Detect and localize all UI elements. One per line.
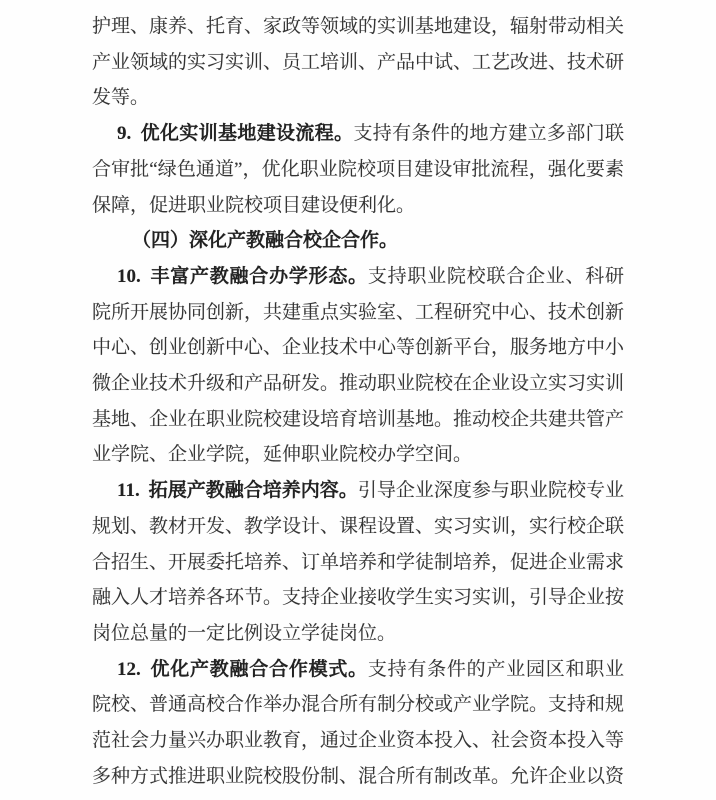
document-page: 护理、康养、托育、家政等领域的实训基地建设，辐射带动相关产业领域的实习实训、员工… [0, 0, 716, 800]
clause-body: 支持职业院校联合企业、科研院所开展协同创新，共建重点实验室、工程研究中心、技术创… [92, 266, 624, 466]
paragraph-continuation: 护理、康养、托育、家政等领域的实训基地建设，辐射带动相关产业领域的实习实训、员工… [92, 9, 624, 116]
clause-heading: 丰富产教融合办学形态。 [150, 266, 368, 287]
clause-number: 12. [117, 659, 141, 680]
section-heading-4: （四）深化产教融合校企合作。 [92, 223, 624, 259]
document-text-block: 护理、康养、托育、家政等领域的实训基地建设，辐射带动相关产业领域的实习实训、员工… [92, 9, 624, 794]
paragraph-text: 护理、康养、托育、家政等领域的实训基地建设，辐射带动相关产业领域的实习实训、员工… [92, 16, 624, 108]
clause-heading: 优化产教融合合作模式。 [150, 659, 368, 680]
paragraph-clause-9: 9.优化实训基地建设流程。支持有条件的地方建立多部门联合审批“绿色通道”，优化职… [92, 116, 624, 223]
section-heading-text: （四）深化产教融合校企合作。 [132, 230, 398, 251]
paragraph-clause-12: 12.优化产教融合合作模式。支持有条件的产业园区和职业院校、普通高校合作举办混合… [92, 652, 624, 795]
clause-number: 11. [117, 480, 140, 501]
paragraph-clause-10: 10.丰富产教融合办学形态。支持职业院校联合企业、科研院所开展协同创新，共建重点… [92, 259, 624, 473]
clause-heading: 优化实训基地建设流程。 [140, 123, 353, 144]
clause-number: 9. [117, 123, 131, 144]
clause-heading: 拓展产教融合培养内容。 [149, 480, 358, 501]
paragraph-clause-11: 11.拓展产教融合培养内容。引导企业深度参与职业院校专业规划、教材开发、教学设计… [92, 473, 624, 652]
clause-body: 引导企业深度参与职业院校专业规划、教材开发、教学设计、课程设置、实习实训，实行校… [92, 480, 624, 644]
clause-number: 10. [117, 266, 141, 287]
